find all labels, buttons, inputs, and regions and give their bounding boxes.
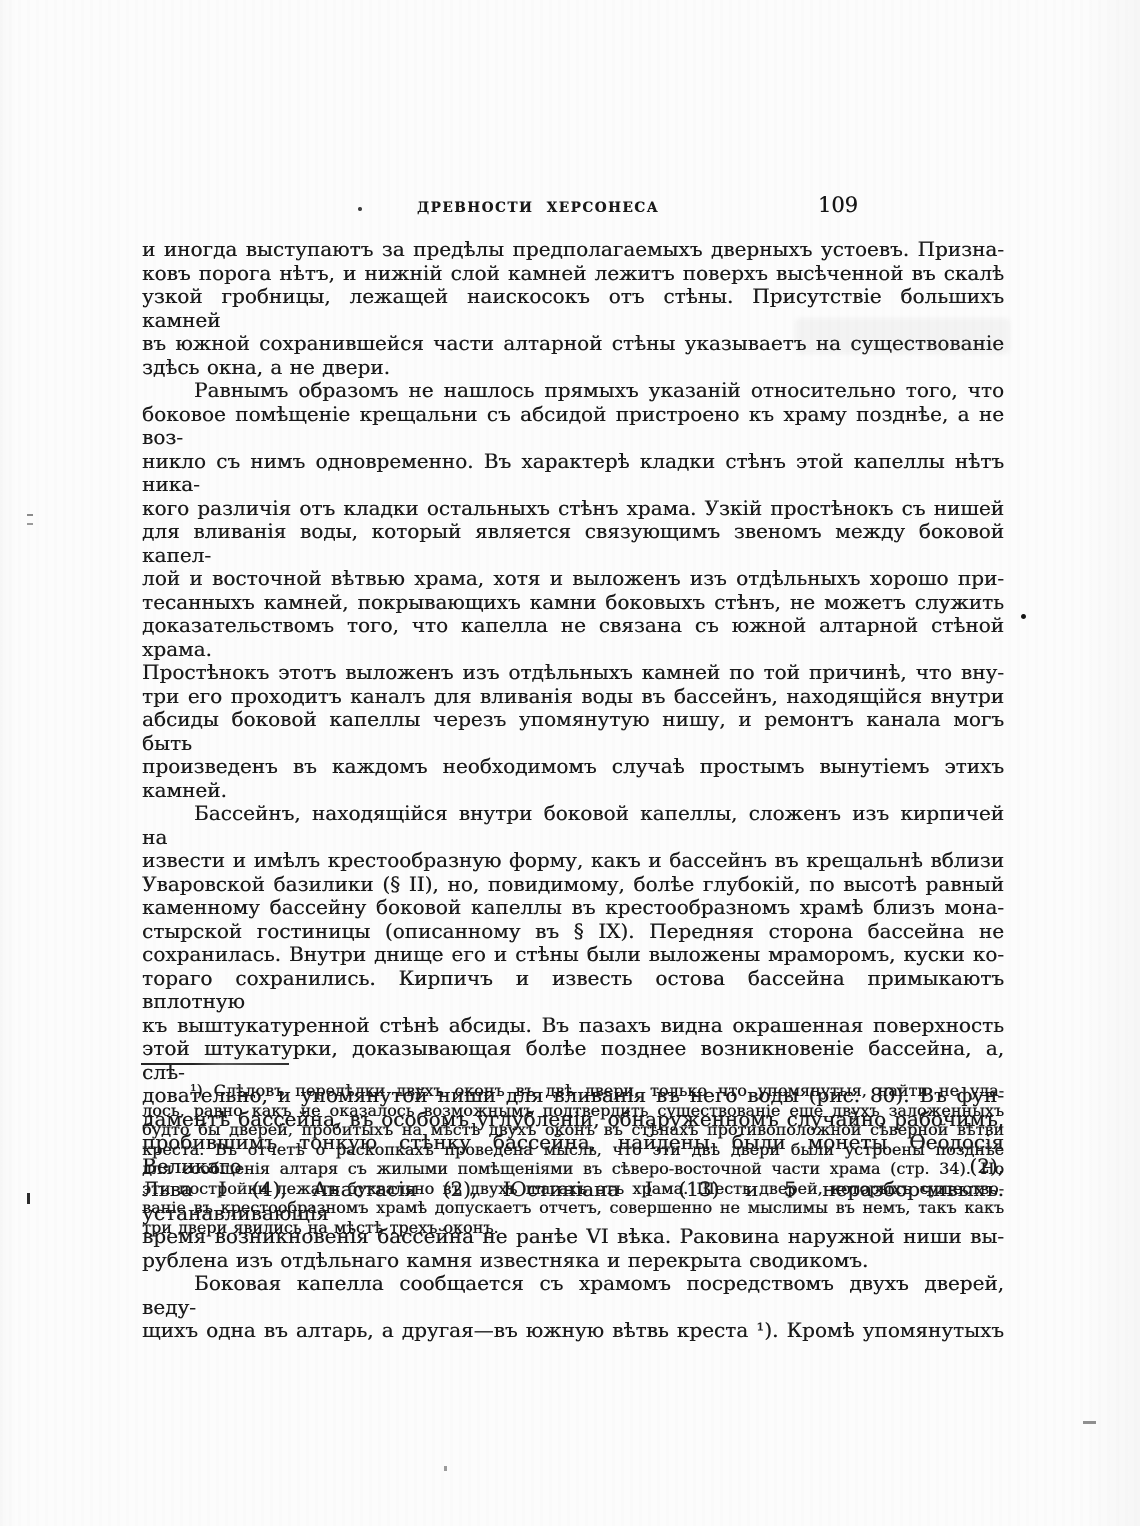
footnote-line: три двери явились на мѣстѣ трехъ оконъ. xyxy=(142,1218,1004,1238)
text-line: Боковая капелла сообщается съ храмомъ по… xyxy=(142,1272,1004,1319)
page-title: ДРЕВНОСТИ ХЕРСОНЕСА xyxy=(417,200,659,216)
text-line: Простѣнокъ этотъ выложенъ изъ отдѣльныхъ… xyxy=(142,661,1004,685)
page-number: 109 xyxy=(810,193,858,217)
footnote-line: будто бы дверей, пробитыхъ на мѣстѣ двух… xyxy=(142,1120,1004,1140)
footnote: ¹) Слѣдовъ передѣлки двухъ оконъ въ двѣ … xyxy=(142,1081,1004,1237)
text-line: три его проходитъ каналъ для вливанія во… xyxy=(142,685,1004,709)
text-line: абсиды боковой капеллы черезъ упомянутую… xyxy=(142,708,1004,755)
text-line: сохранилась. Внутри днище его и стѣны бы… xyxy=(142,943,1004,967)
scan-speck xyxy=(444,1466,447,1471)
text-line: лой и восточной вѣтвью храма, хотя и выл… xyxy=(142,567,1004,591)
scan-smudge xyxy=(795,318,1010,354)
text-line: Уваровской базилики (§ II), но, повидимо… xyxy=(142,873,1004,897)
text-line: Бассейнъ, находящійся внутри боковой кап… xyxy=(142,802,1004,849)
footnote-line: лось, равно какъ не оказалось возможнымъ… xyxy=(142,1101,1004,1121)
text-line: кого различія отъ кладки остальныхъ стѣн… xyxy=(142,497,1004,521)
text-line: доказательствомъ того, что капелла не св… xyxy=(142,614,1004,661)
text-line: никло съ нимъ одновременно. Въ характерѣ… xyxy=(142,450,1004,497)
scan-speck xyxy=(27,1193,30,1204)
scan-speck xyxy=(27,523,33,525)
text-line: здѣсь окна, а не двери. xyxy=(142,356,1004,380)
text-line: боковое помѣщеніе крещальни съ абсидой п… xyxy=(142,403,1004,450)
text-line: стырской гостиницы (описанному въ § IX).… xyxy=(142,920,1004,944)
text-line: тесанныхъ камней, покрывающихъ камни бок… xyxy=(142,591,1004,615)
text-line: каменному бассейну боковой капеллы въ кр… xyxy=(142,896,1004,920)
scan-speck xyxy=(27,514,33,516)
text-line: и иногда выступаютъ за предѣлы предполаг… xyxy=(142,238,1004,262)
text-line: камней. xyxy=(142,779,1004,803)
text-line: произведенъ въ каждомъ необходимомъ случ… xyxy=(142,755,1004,779)
scan-speck xyxy=(1021,614,1026,619)
text-line: Равнымъ образомъ не нашлось прямыхъ указ… xyxy=(142,379,1004,403)
text-line: этой штукатурки, доказывающая болѣе позд… xyxy=(142,1037,1004,1084)
footnote-line: эти постройки лежатъ буквально въ двухъ … xyxy=(142,1179,1004,1199)
text-line: ковъ порога нѣтъ, и нижній слой камней л… xyxy=(142,262,1004,286)
text-line: для вливанія воды, который является связ… xyxy=(142,520,1004,567)
footnote-line: ¹) Слѣдовъ передѣлки двухъ оконъ въ двѣ … xyxy=(142,1081,1004,1101)
scan-speck xyxy=(1083,1421,1096,1424)
header-ornament-dot xyxy=(358,207,362,211)
text-line: извести и имѣлъ крестообразную форму, ка… xyxy=(142,849,1004,873)
footnote-separator xyxy=(141,1063,289,1065)
footnote-line: для сообщенія алтаря съ жилыми помѣщенія… xyxy=(142,1159,1004,1179)
footnote-line: креста. Въ отчетѣ о раскопкахъ проведена… xyxy=(142,1140,1004,1160)
scanned-book-page: ДРЕВНОСТИ ХЕРСОНЕСА 109 и иногда выступа… xyxy=(0,0,1140,1526)
text-line: рублена изъ отдѣльнаго камня известняка … xyxy=(142,1249,1004,1273)
text-line: къ выштукатуренной стѣнѣ абсиды. Въ паза… xyxy=(142,1014,1004,1038)
text-line: тораго сохранились. Кирпичъ и известь ос… xyxy=(142,967,1004,1014)
footnote-line: ваніе въ крестообразномъ храмѣ допускает… xyxy=(142,1198,1004,1218)
text-line: щихъ одна въ алтарь, а другая—въ южную в… xyxy=(142,1319,1004,1343)
